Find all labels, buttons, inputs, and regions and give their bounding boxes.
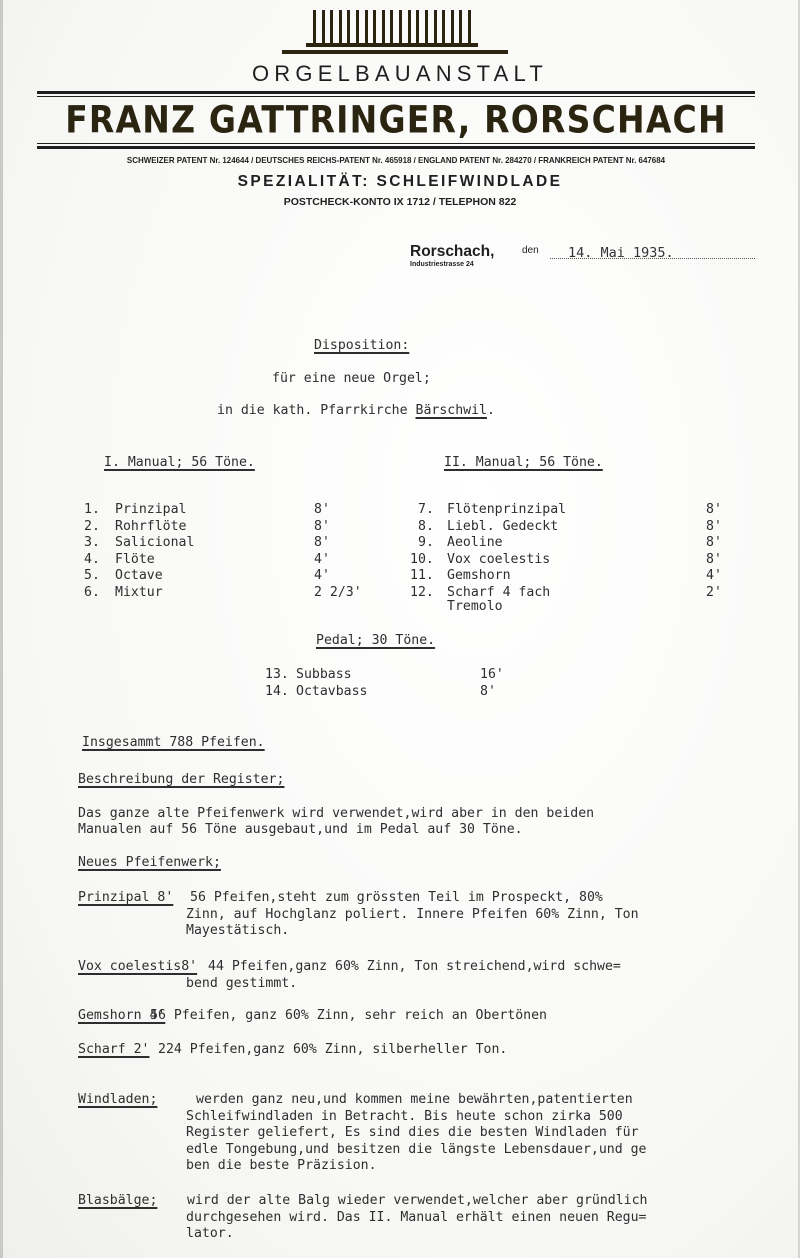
company-type: ORGELBAUANSTALT — [0, 61, 800, 87]
register-size: 8' — [314, 519, 330, 534]
register-description-text: 44 Pfeifen,ganz 60% Zinn, Ton streichend… — [208, 959, 621, 976]
register-number: 12. — [410, 585, 434, 600]
register-description-text: 56 Pfeifen, ganz 60% Zinn, sehr reich an… — [150, 1008, 547, 1025]
register-description-text: Register geliefert, Es sind dies die bes… — [186, 1125, 639, 1142]
register-description-text: durchgesehen wird. Das II. Manual erhält… — [186, 1210, 647, 1227]
tremolo: Tremolo — [447, 599, 503, 616]
disposition-heading: Disposition: — [314, 338, 409, 355]
register-number: 7. — [418, 502, 434, 517]
document-page: ORGELBAUANSTALT FRANZ GATTRINGER, RORSCH… — [0, 0, 800, 1258]
register-size: 2' — [706, 585, 722, 600]
register-size: 8' — [706, 552, 722, 567]
description-heading: Beschreibung der Register; — [78, 772, 284, 789]
register-description-text: bend gestimmt. — [186, 976, 297, 993]
register-name: Flöte — [115, 552, 155, 567]
register-number: 11. — [410, 568, 434, 583]
specialty: SPEZIALITÄT: SCHLEIFWINDLADE — [0, 173, 800, 191]
register-description-label: Windladen; — [78, 1092, 157, 1109]
register-description-text: ben die beste Präzision. — [186, 1158, 377, 1175]
register-size: 4' — [706, 568, 722, 583]
total-pipes: Insgesammt 788 Pfeifen. — [82, 735, 265, 752]
intro-line-1: Das ganze alte Pfeifenwerk wird verwende… — [78, 806, 594, 823]
patents-line: SCHWEIZER PATENT Nr. 124644 / DEUTSCHES … — [48, 156, 744, 165]
register-size: 8' — [314, 535, 330, 550]
organ-pipes-logo-icon — [313, 10, 471, 44]
register-number: 13. — [265, 667, 289, 682]
divider — [37, 91, 755, 94]
register-number: 14. — [265, 684, 289, 699]
manual-2-heading: II. Manual; 56 Töne. — [444, 455, 603, 472]
title-line-1: für eine neue Orgel; — [272, 371, 431, 388]
letter-date: 14. Mai 1935. — [568, 245, 674, 261]
register-number: 3. — [84, 535, 100, 550]
register-description-label: Vox coelestis8' — [78, 959, 197, 976]
register-number: 1. — [84, 502, 100, 517]
register-size: 8' — [706, 502, 722, 517]
register-description-text: Zinn, auf Hochglanz poliert. Innere Pfei… — [186, 907, 639, 924]
register-description-text: Mayestätisch. — [186, 923, 289, 940]
register-size: 2 2/3' — [314, 585, 362, 600]
intro-line-2: Manualen auf 56 Töne ausgebaut,und im Pe… — [78, 822, 523, 839]
register-description-label: Prinzipal 8' — [78, 890, 173, 907]
register-name: Scharf 4 fach — [447, 585, 550, 600]
register-description-text: 224 Pfeifen,ganz 60% Zinn, silberheller … — [158, 1042, 507, 1059]
register-size: 4' — [314, 552, 330, 567]
register-size: 8' — [706, 519, 722, 534]
register-size: 8' — [706, 535, 722, 550]
register-number: 6. — [84, 585, 100, 600]
register-name: Gemshorn — [447, 568, 511, 583]
register-name: Salicional — [115, 535, 194, 550]
register-number: 4. — [84, 552, 100, 567]
register-number: 8. — [418, 519, 434, 534]
register-number: 5. — [84, 568, 100, 583]
register-name: Octavbass — [296, 684, 367, 699]
register-description-label: Blasbälge; — [78, 1193, 157, 1210]
register-description-text: Schleifwindladen in Betracht. Bis heute … — [186, 1109, 623, 1126]
register-description-text: 56 Pfeifen,steht zum grössten Teil im Pr… — [190, 890, 603, 907]
register-size: 8' — [480, 684, 496, 699]
register-name: Flötenprinzipal — [447, 502, 566, 517]
place: Rorschach, — [410, 243, 494, 261]
church-place: Bärschwil — [416, 403, 487, 418]
register-size: 4' — [314, 568, 330, 583]
title-line-2-suffix: . — [487, 403, 495, 418]
divider — [37, 143, 755, 144]
logo-base-bar — [306, 43, 478, 47]
register-description-text: wird der alte Balg wieder verwendet,welc… — [187, 1193, 648, 1210]
company-name: FRANZ GATTRINGER, RORSCHACH — [37, 98, 755, 142]
register-number: 9. — [418, 535, 434, 550]
register-size: 8' — [314, 502, 330, 517]
register-name: Liebl. Gedeckt — [447, 519, 558, 534]
register-name: Vox coelestis — [447, 552, 550, 567]
register-description-text: werden ganz neu,und kommen meine bewährt… — [196, 1092, 633, 1109]
register-description-label: Scharf 2' — [78, 1042, 149, 1059]
title-line-2-prefix: in die kath. Pfarrkirche — [217, 403, 416, 418]
contact-line: POSTCHECK-KONTO IX 1712 / TELEPHON 822 — [0, 196, 800, 208]
register-name: Rohrflöte — [115, 519, 186, 534]
register-description-text: edle Tongebung,und besitzen die längste … — [186, 1142, 647, 1159]
register-name: Octave — [115, 568, 163, 583]
register-number: 2. — [84, 519, 100, 534]
register-number: 10. — [410, 552, 434, 567]
den-label: den — [522, 245, 539, 256]
title-line-2: in die kath. Pfarrkirche Bärschwil. — [217, 403, 495, 420]
new-pipework-heading: Neues Pfeifenwerk; — [78, 855, 221, 872]
register-name: Prinzipal — [115, 502, 186, 517]
divider — [37, 146, 755, 149]
register-name: Subbass — [296, 667, 352, 682]
register-name: Aeoline — [447, 535, 503, 550]
manual-1-heading: I. Manual; 56 Töne. — [104, 455, 255, 472]
street-address: Industriestrasse 24 — [410, 261, 474, 268]
register-size: 16' — [480, 667, 504, 682]
pedal-heading: Pedal; 30 Töne. — [316, 633, 435, 650]
logo-base-bar-wide — [282, 50, 508, 54]
register-name: Mixtur — [115, 585, 163, 600]
register-description-text: lator. — [186, 1226, 234, 1243]
